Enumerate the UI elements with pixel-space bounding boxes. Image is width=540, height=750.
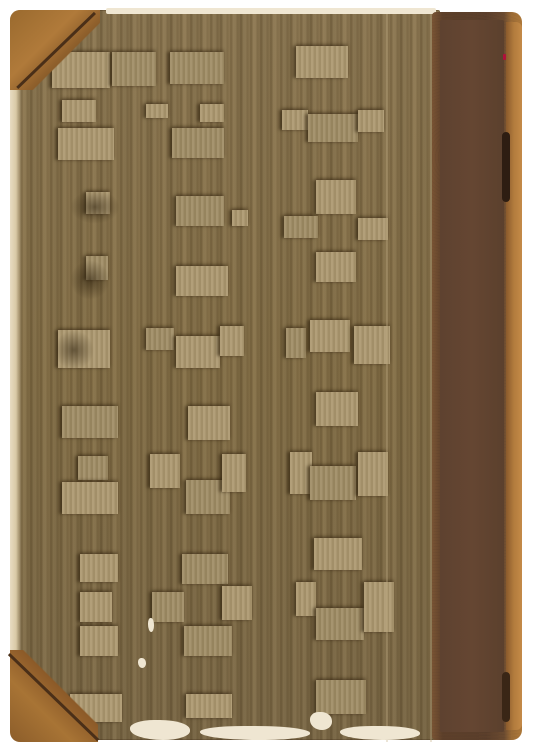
pattern-block bbox=[316, 608, 364, 640]
pattern-block bbox=[316, 180, 356, 214]
pattern-block bbox=[310, 320, 350, 352]
pattern-block bbox=[184, 626, 232, 656]
pattern-block bbox=[78, 456, 108, 480]
pattern-block bbox=[314, 538, 362, 570]
pattern-block bbox=[308, 114, 358, 142]
paper-covered-board bbox=[10, 10, 440, 740]
pattern-block bbox=[316, 680, 366, 714]
pattern-block bbox=[176, 266, 228, 296]
pattern-block bbox=[80, 554, 118, 582]
pattern-block bbox=[152, 592, 184, 622]
book-back-cover bbox=[10, 8, 530, 744]
pattern-block bbox=[62, 482, 118, 514]
pattern-block bbox=[186, 694, 232, 718]
pattern-block bbox=[80, 592, 112, 622]
pattern-block bbox=[282, 110, 308, 130]
pattern-block bbox=[62, 406, 118, 438]
pattern-block bbox=[286, 328, 306, 358]
pattern-block bbox=[222, 454, 246, 492]
pattern-block bbox=[170, 52, 224, 84]
pattern-block bbox=[172, 128, 224, 158]
pattern-block bbox=[146, 328, 174, 350]
board-crease bbox=[386, 12, 388, 742]
spine-raised-band bbox=[502, 132, 510, 202]
pattern-block bbox=[150, 454, 180, 488]
pattern-block bbox=[188, 406, 230, 440]
paper-wear bbox=[138, 658, 146, 668]
pattern-block bbox=[290, 452, 312, 494]
ink-stain bbox=[54, 330, 94, 370]
pattern-block bbox=[316, 392, 358, 426]
pattern-block bbox=[58, 128, 114, 160]
pattern-block bbox=[182, 554, 228, 584]
pattern-block bbox=[296, 46, 348, 78]
pattern-block bbox=[200, 104, 224, 122]
pattern-block bbox=[358, 452, 388, 496]
pattern-block bbox=[232, 210, 248, 226]
red-thread-mark bbox=[503, 54, 506, 60]
pattern-block bbox=[316, 252, 356, 282]
pattern-block bbox=[354, 326, 390, 364]
pattern-block bbox=[176, 196, 224, 226]
spine-outer-edge bbox=[506, 22, 522, 730]
pattern-block bbox=[296, 582, 316, 616]
pattern-block bbox=[112, 52, 156, 86]
leather-spine bbox=[432, 12, 522, 740]
paper-wear bbox=[148, 618, 154, 632]
pattern-block bbox=[220, 326, 244, 356]
pattern-block bbox=[358, 218, 388, 240]
pattern-block bbox=[310, 466, 356, 500]
worn-left-edge bbox=[10, 10, 22, 740]
spine-raised-band bbox=[502, 672, 510, 722]
pattern-block bbox=[284, 216, 318, 238]
pattern-block bbox=[222, 586, 252, 620]
pattern-block bbox=[364, 582, 394, 632]
paper-wear bbox=[106, 8, 436, 14]
pattern-block bbox=[176, 336, 220, 368]
pattern-block bbox=[62, 100, 96, 122]
ink-stain bbox=[70, 190, 120, 224]
paper-wear bbox=[310, 712, 332, 730]
pattern-block bbox=[146, 104, 168, 118]
pattern-block bbox=[358, 110, 384, 132]
spine-leather-panel bbox=[440, 20, 504, 732]
ink-stain bbox=[70, 260, 110, 300]
